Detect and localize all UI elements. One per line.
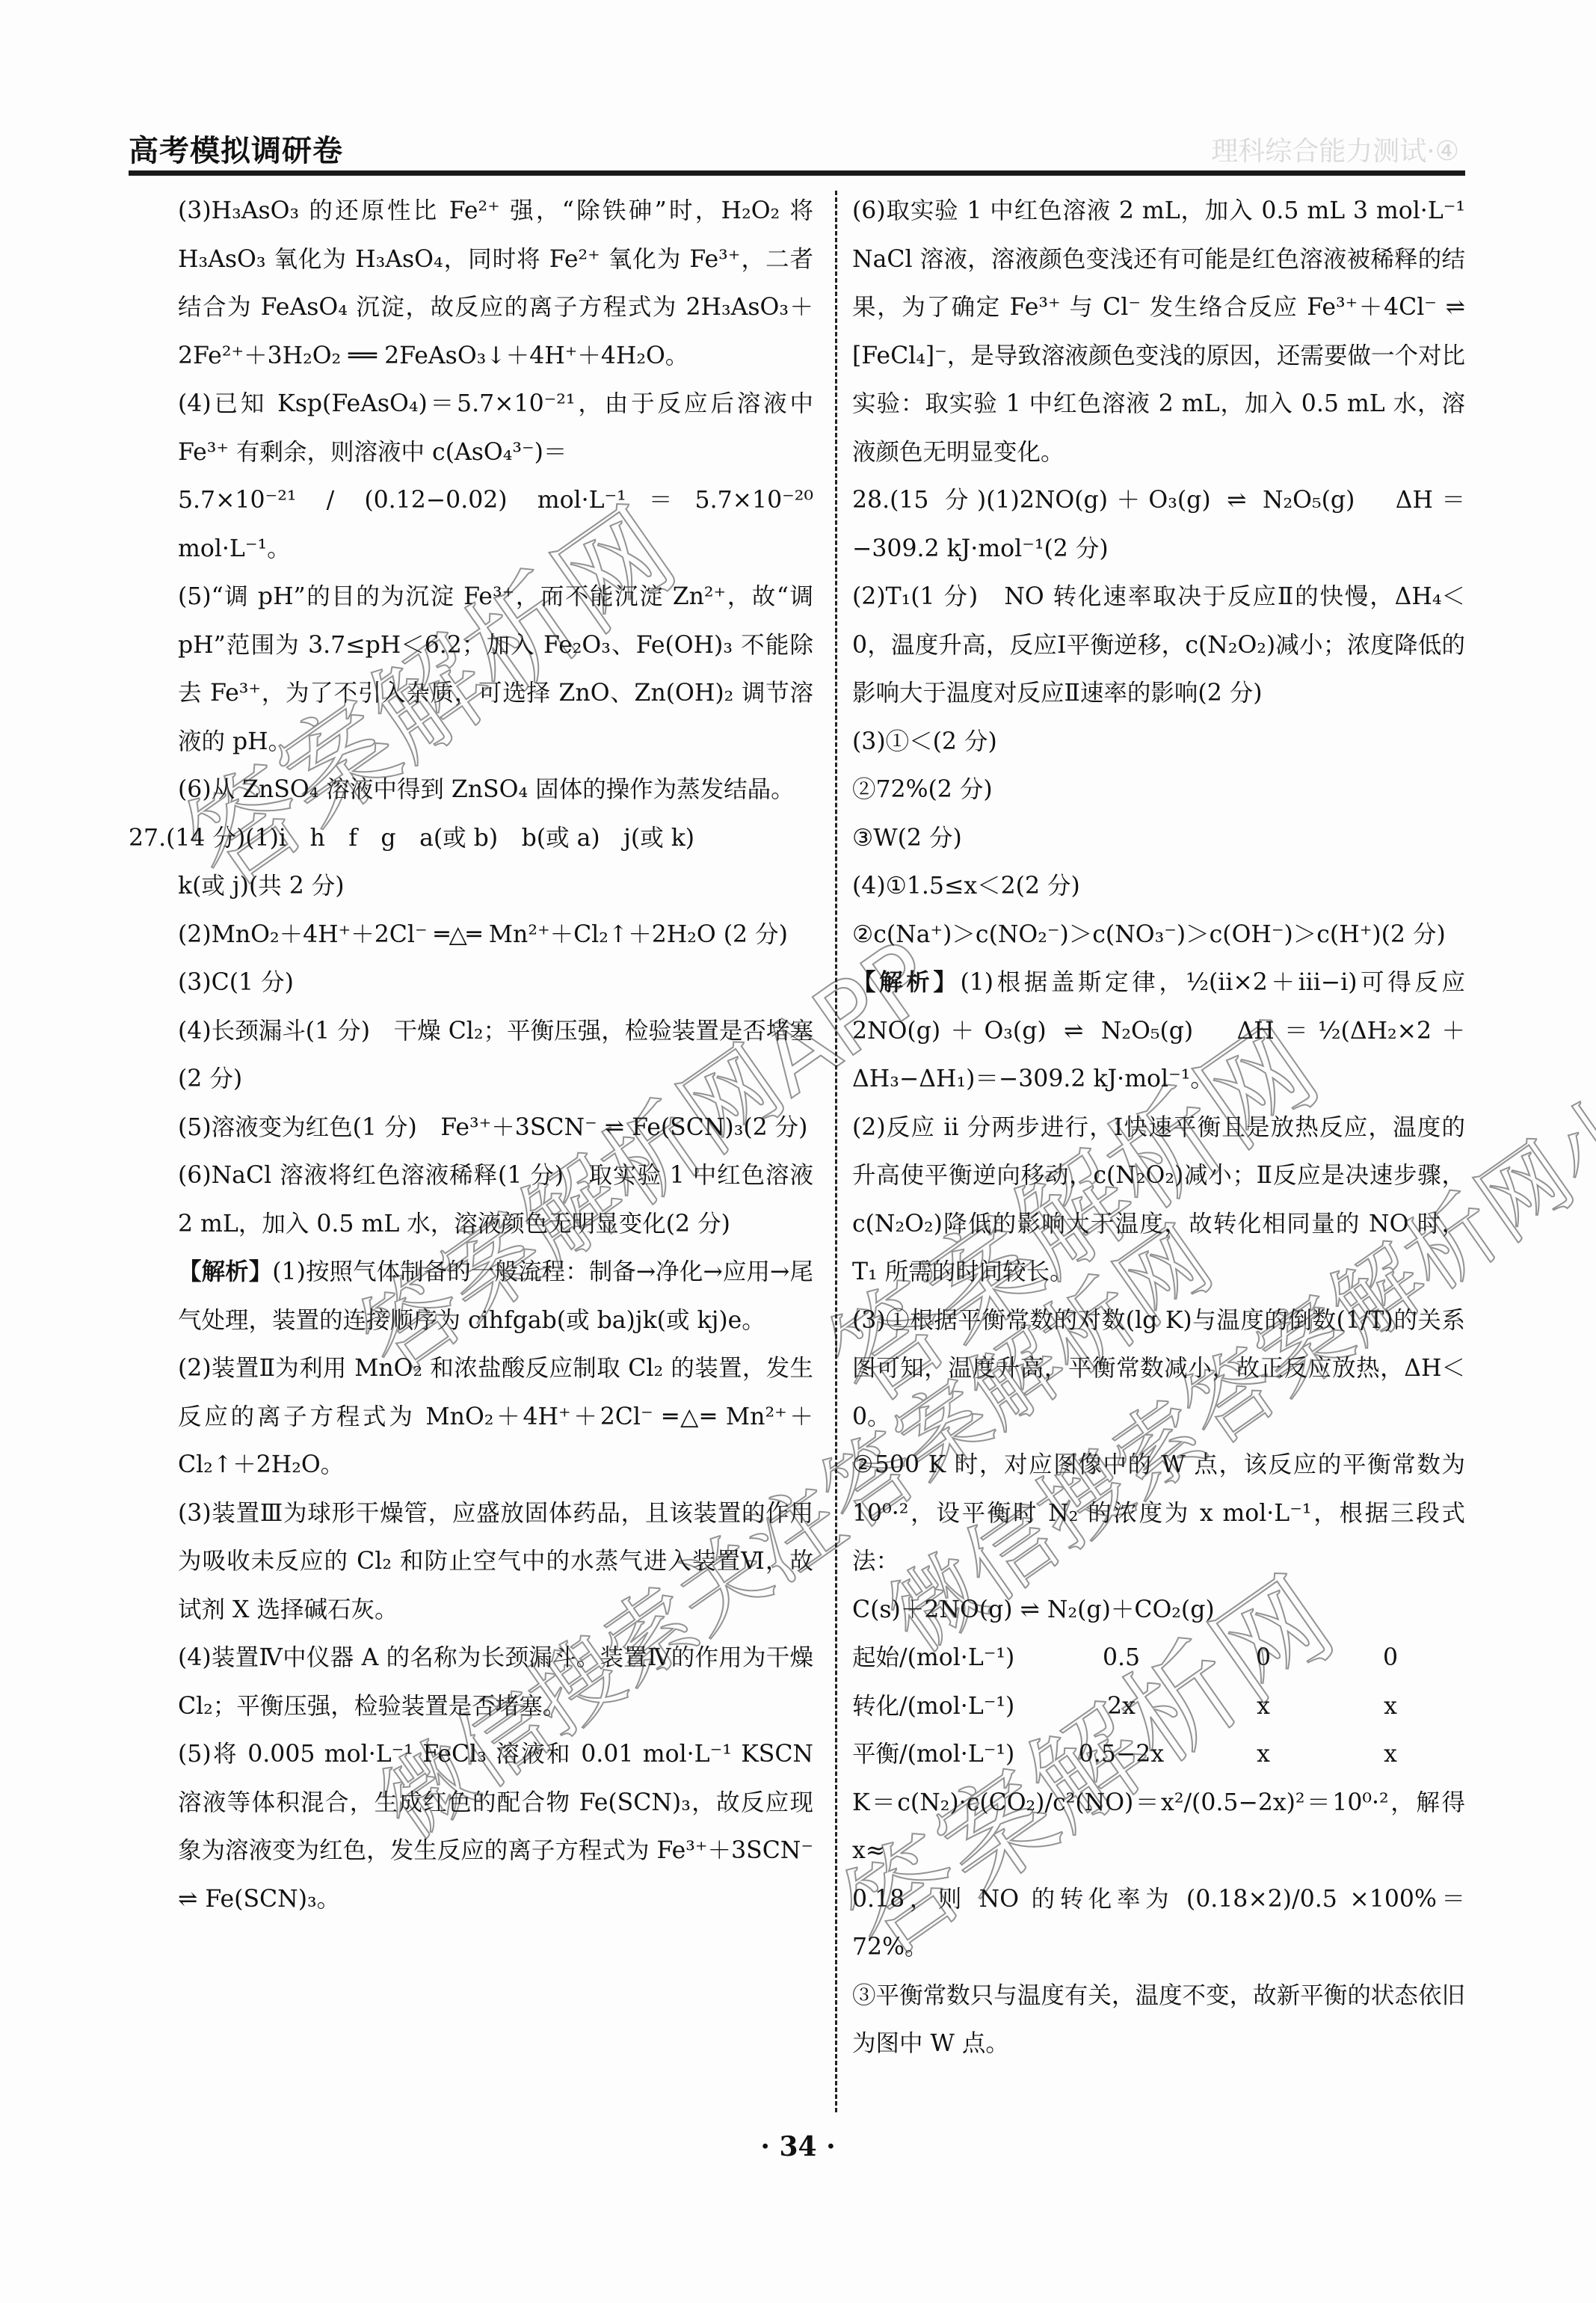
answer-26-4: (4)已知 Ksp(FeAsO₄)＝5.7×10⁻²¹，由于反应后溶液中 Fe³… bbox=[178, 380, 813, 476]
answer-26-3: (3)H₃AsO₃ 的还原性比 Fe²⁺ 强，“除铁砷”时，H₂O₂ 将 H₃A… bbox=[178, 187, 813, 380]
cell-co2: x bbox=[1331, 1682, 1450, 1731]
answer-28-3-1: (3)①＜(2 分) bbox=[852, 718, 1465, 766]
answer-27-3: (3)C(1 分) bbox=[178, 959, 813, 1007]
page-header: 高考模拟调研卷 理科综合能力测试·④ bbox=[129, 127, 1459, 172]
page-number: · 34 · bbox=[0, 2131, 1596, 2162]
header-rule bbox=[129, 170, 1465, 176]
document-page: 高考模拟调研卷 理科综合能力测试·④ (3)H₃AsO₃ 的还原性比 Fe²⁺ … bbox=[0, 0, 1596, 2303]
analysis-label: 【解析】 bbox=[178, 1258, 272, 1285]
answer-28-4-2: ②c(Na⁺)＞c(NO₂⁻)＞c(NO₃⁻)＞c(OH⁻)＞c(H⁺)(2 分… bbox=[852, 911, 1465, 959]
analysis-27-2: (2)装置Ⅱ为利用 MnO₂ 和浓盐酸反应制取 Cl₂ 的装置，发生反应的离子方… bbox=[178, 1344, 813, 1489]
answer-28-3-2: ②72%(2 分) bbox=[852, 766, 1465, 814]
header-right-faded: 理科综合能力测试·④ bbox=[1211, 130, 1459, 168]
answer-28-3-3: ③W(2 分) bbox=[852, 814, 1465, 863]
header-title: 高考模拟调研卷 bbox=[129, 127, 343, 170]
answer-28-1: 28.(15 分)(1)2NO(g)＋O₃(g) ⇌ N₂O₅(g) ΔH＝−3… bbox=[852, 476, 1465, 573]
answer-28-4-1: (4)①1.5≤x＜2(2 分) bbox=[852, 862, 1465, 911]
answer-28-2: (2)T₁(1 分) NO 转化速率取决于反应Ⅱ的快慢，ΔH₄＜0，温度升高，反… bbox=[852, 573, 1465, 718]
analysis-27-6: (6)取实验 1 中红色溶液 2 mL，加入 0.5 mL 3 mol·L⁻¹ … bbox=[852, 187, 1465, 476]
column-divider bbox=[835, 191, 837, 2112]
cell-co2: x bbox=[1331, 1730, 1450, 1779]
analysis-28-3-3: ③平衡常数只与温度有关，温度不变，故新平衡的状态依旧为图中 W 点。 bbox=[852, 1972, 1465, 2068]
answer-27-2: (2)MnO₂＋4H⁺＋2Cl⁻ ═△═ Mn²⁺＋Cl₂↑＋2H₂O (2 分… bbox=[178, 911, 813, 959]
